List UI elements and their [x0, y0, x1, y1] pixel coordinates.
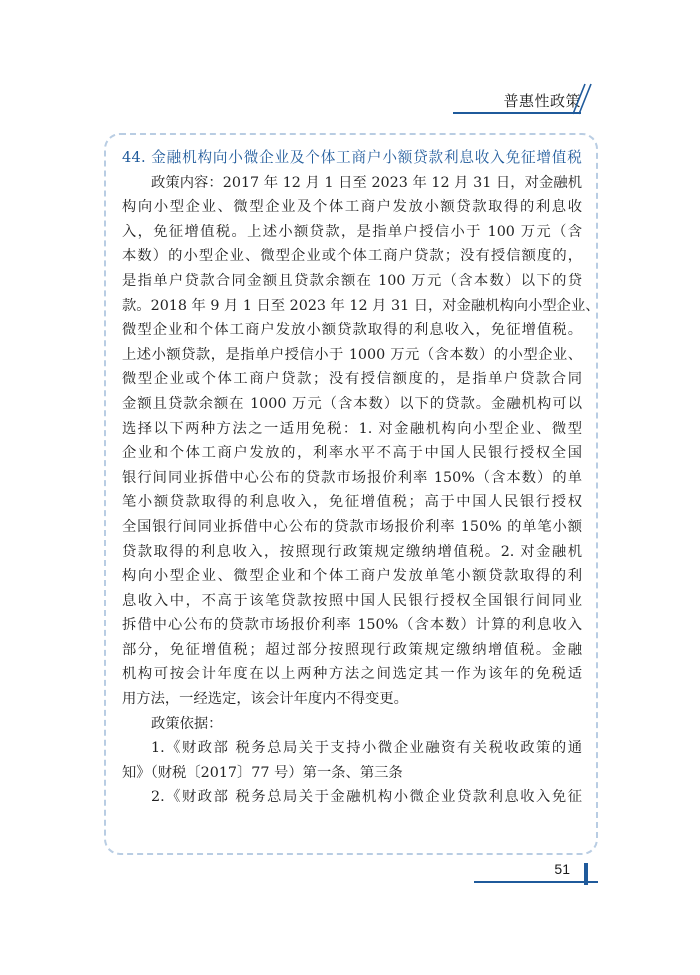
content-line: 全国银行间同业拆借中心公布的贷款市场报价利率 150% 的单笔小额	[122, 515, 582, 540]
policy-title: 44. 金融机构向小微企业及个体工商户小额贷款利息收入免征增值税	[122, 146, 582, 171]
content-line: 选择以下两种方法之一适用免税：1. 对金融机构向小型企业、微型	[122, 417, 582, 442]
content-line: 政策内容：2017 年 12 月 1 日至 2023 年 12 月 31 日，对…	[122, 171, 582, 196]
content-line: 上述小额贷款，是指单户授信小于 1000 万元（含本数）的小型企业、	[122, 343, 582, 368]
page-footer: 51	[474, 861, 600, 885]
content-line: 本数）的小型企业、微型企业或个体工商户贷款；没有授信额度的，	[122, 244, 582, 269]
content-line: 银行间同业拆借中心公布的贷款市场报价利率 150%（含本数）的单	[122, 466, 582, 491]
content-line: 金额且贷款余额在 1000 万元（含本数）以下的贷款。金融机构可以	[122, 392, 582, 417]
content-line: 息收入中，不高于该笔贷款按照中国人民银行授权全国银行间同业	[122, 589, 582, 614]
content-line: 贷款取得的利息收入，按照现行政策规定缴纳增值税。2. 对金融机	[122, 540, 582, 565]
content-line: 企业和个体工商户发放的，利率水平不高于中国人民银行授权全国	[122, 441, 582, 466]
content-line: 款。2018 年 9 月 1 日至 2023 年 12 月 31 日，对金融机构…	[122, 294, 582, 319]
basis-line: 知》（财税〔2017〕77 号）第一条、第三条	[122, 761, 582, 786]
content-line: 拆借中心公布的贷款市场报价利率 150%（含本数）计算的利息收入	[122, 613, 582, 638]
content-line: 构向小型企业、微型企业和个体工商户发放单笔小额贷款取得的利	[122, 564, 582, 589]
content-line: 用方法，一经选定，该会计年度内不得变更。	[122, 687, 582, 712]
footer-marker	[584, 863, 588, 885]
content-line: 构向小型企业、微型企业及个体工商户发放小额贷款取得的利息收	[122, 195, 582, 220]
basis-line: 2.《财政部 税务总局关于金融机构小微企业贷款利息收入免征	[122, 785, 582, 810]
header-rule	[453, 112, 581, 114]
content-line: 机构可按会计年度在以上两种方法之间选定其一作为该年的免税适	[122, 662, 582, 687]
content-line: 微型企业和个体工商户发放小额贷款取得的利息收入，免征增值税。	[122, 318, 582, 343]
content-line: 微型企业或个体工商户贷款；没有授信额度的，是指单户贷款合同	[122, 367, 582, 392]
content-line: 部分，免征增值税；超过部分按照现行政策规定缴纳增值税。金融	[122, 638, 582, 663]
policy-content: 44. 金融机构向小微企业及个体工商户小额贷款利息收入免征增值税 政策内容：20…	[122, 146, 582, 810]
page-number: 51	[554, 861, 570, 877]
content-line: 笔小额贷款取得的利息收入，免征增值税；高于中国人民银行授权	[122, 490, 582, 515]
section-title: 普惠性政策	[503, 90, 581, 111]
basis-line: 1.《财政部 税务总局关于支持小微企业融资有关税收政策的通	[122, 736, 582, 761]
double-slash-icon	[571, 82, 601, 116]
basis-label: 政策依据：	[122, 712, 582, 737]
footer-rule	[474, 881, 598, 883]
content-line: 是指单户贷款合同金额且贷款余额在 100 万元（含本数）以下的贷	[122, 269, 582, 294]
content-line: 入，免征增值税。上述小额贷款，是指单户授信小于 100 万元（含	[122, 220, 582, 245]
running-header: 普惠性政策	[453, 88, 593, 116]
